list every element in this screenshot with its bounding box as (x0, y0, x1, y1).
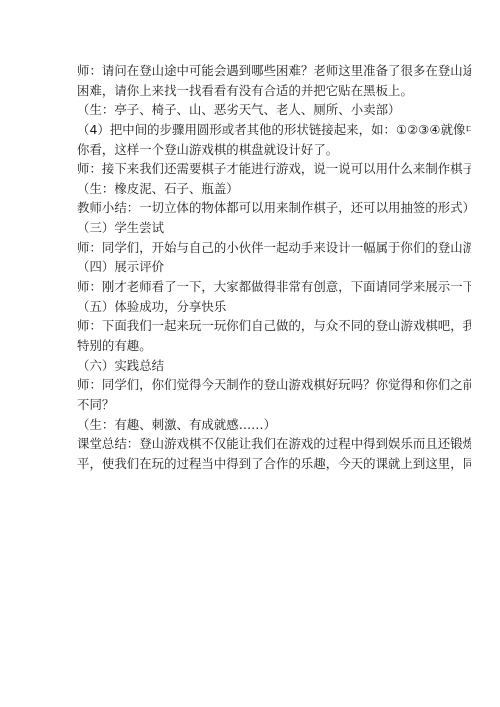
section-heading-experience: （五）体验成功，分享快乐 (77, 297, 471, 317)
student-answer-obstacles: （生：亭子、椅子、山、恶劣天气、老人、厕所、小卖部） (77, 100, 471, 120)
teacher-reflection-line-1: 师：同学们，你们觉得今天制作的登山游戏棋好玩吗？你觉得和你们之前玩的游戏有什么 (77, 375, 471, 395)
lesson-text-body: 师：请问在登山途中可能会遇到哪些困难？老师这里准备了很多在登山途中可能会遇到的 … (77, 61, 471, 473)
teacher-start-design: 师：同学们，开始与自己的小伙伴一起动手来设计一幅属于你们的登山游戏棋吧！ (77, 238, 471, 258)
class-summary-line-1: 课堂总结：登山游戏棋不仅能让我们在游戏的过程中得到娱乐而且还锻炼了我们的绘画水 (77, 434, 471, 454)
step-4-instruction: （4）把中间的步骤用圆形或者其他的形状链接起来，如：①②③④就像中间的棋格。 (77, 120, 471, 140)
teacher-question-line-2: 困难，请你上来找一找看看有没有合适的并把它贴在黑板上。 (77, 81, 471, 101)
section-heading-practice-summary: （六）实践总结 (77, 356, 471, 376)
teacher-play-line-2: 特别的有趣。 (77, 336, 471, 356)
teacher-play-line-1: 师：下面我们一起来玩一玩你们自己做的，与众不同的登山游戏棋吧，我相信玩起来一定 (77, 316, 471, 336)
teacher-pieces-question: 师：接下来我们还需要棋子才能进行游戏，说一说可以用什么来制作棋子？ (77, 159, 471, 179)
teacher-question-line-1: 师：请问在登山途中可能会遇到哪些困难？老师这里准备了很多在登山途中可能会遇到的 (77, 61, 471, 81)
student-answer-feelings: （生：有趣、刺激、有成就感……） (77, 415, 471, 435)
teacher-reflection-line-2: 不同？ (77, 395, 471, 415)
student-answer-pieces: （生：橡皮泥、石子、瓶盖） (77, 179, 471, 199)
teacher-showcase-prompt: 师：刚才老师看了一下，大家都做得非常有创意，下面请同学来展示一下你们的设计吧！ (77, 277, 471, 297)
board-complete-note: 你看，这样一个登山游戏棋的棋盘就设计好了。 (77, 140, 471, 160)
section-heading-student-try: （三）学生尝试 (77, 218, 471, 238)
teacher-summary-pieces: 教师小结：一切立体的物体都可以用来制作棋子，还可以用抽签的形式） (77, 198, 471, 218)
section-heading-showcase: （四）展示评价 (77, 257, 471, 277)
class-summary-line-2: 平，使我们在玩的过程当中得到了合作的乐趣，今天的课就上到这里，同学们下课！ (77, 454, 471, 474)
document-page: 师：请问在登山途中可能会遇到哪些困难？老师这里准备了很多在登山途中可能会遇到的 … (0, 0, 500, 707)
